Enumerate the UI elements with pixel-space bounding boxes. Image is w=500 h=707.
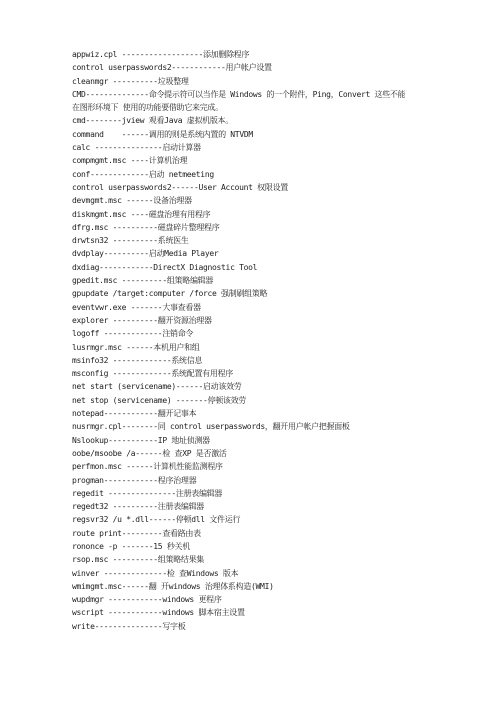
document-line: perfmon.msc ------计算机性能监测程序 [72,460,440,473]
document-line: write---------------写字板 [72,620,440,633]
document-line: control userpasswords2------------用户帐户设置 [72,61,440,74]
document-line: control userpasswords2------User Account… [72,181,440,194]
document-line: msinfo32 -------------系统信息 [72,354,440,367]
document-line: command ------调用的则是系统内置的 NTVDM [72,128,440,141]
document-line: lusrmgr.msc ------本机用户和组 [72,341,440,354]
document-line: regsvr32 /u *.dll------停顿dll 文件运行 [72,513,440,526]
document-line: explorer ----------翻开资源治理器 [72,314,440,327]
document-line: notepad------------翻开记事本 [72,407,440,420]
document-line: wscript ------------windows 脚本宿主设置 [72,606,440,619]
document-line: msconfig -------------系统配置有用程序 [72,367,440,380]
command-list: appwiz.cpl ------------------添加删除程序contr… [72,48,440,633]
document-line: rononce -p -------15 秒关机 [72,540,440,553]
document-line: appwiz.cpl ------------------添加删除程序 [72,48,440,61]
document-line: CMD--------------命令提示符可以当作是 Windows 的一个附… [72,88,440,101]
document-line: dxdiag------------DirectX Diagnostic Too… [72,261,440,274]
document-line: regedit ---------------注册表编辑器 [72,487,440,500]
document-line: cleanmgr ----------垃圾整理 [72,75,440,88]
document-line: regedt32 ----------注册表编辑器 [72,500,440,513]
document-line: route print---------查看路由表 [72,527,440,540]
document-line: oobe/msoobe /a------检 查XP 是否激活 [72,447,440,460]
document-line: net start (servicename)------启动该效劳 [72,380,440,393]
document-line: nusrmgr.cpl--------同 control userpasswor… [72,420,440,433]
document-line: wmimgmt.msc------翻 开windows 治理体系构造(WMI) [72,580,440,593]
document-line: 在图形环境下 使用的功能要借助它来完成。 [72,101,440,114]
document-line: compmgmt.msc ----计算机治理 [72,154,440,167]
document-page: appwiz.cpl ------------------添加删除程序contr… [0,0,500,707]
document-line: devmgmt.msc ------设备治理器 [72,194,440,207]
document-line: rsop.msc ----------组策略结果集 [72,553,440,566]
document-line: winver --------------检 查Windows 版本 [72,567,440,580]
document-line: progman------------程序治理器 [72,474,440,487]
document-line: dvdplay----------启动Media Player [72,247,440,260]
document-line: calc ---------------启动计算器 [72,141,440,154]
document-line: drwtsn32 ----------系统医生 [72,234,440,247]
document-line: gpedit.msc ----------组策略编辑器 [72,274,440,287]
document-line: diskmgmt.msc ----磁盘治理有用程序 [72,208,440,221]
document-line: conf-------------启动 netmeeting [72,168,440,181]
document-line: Nslookup-----------IP 地址侦测器 [72,434,440,447]
document-line: wupdmgr ------------windows 更程序 [72,593,440,606]
document-line: gpupdate /target:computer /force 强制刷组策略 [72,287,440,300]
document-line: dfrg.msc ----------磁盘碎片整理程序 [72,221,440,234]
document-line: net stop (servicename) -------停顿该效劳 [72,394,440,407]
document-line: cmd--------jview 观看Java 虚拟机版本。 [72,114,440,127]
document-line: logoff -------------注销命令 [72,327,440,340]
document-line: eventvwr.exe -------大事查看器 [72,301,440,314]
